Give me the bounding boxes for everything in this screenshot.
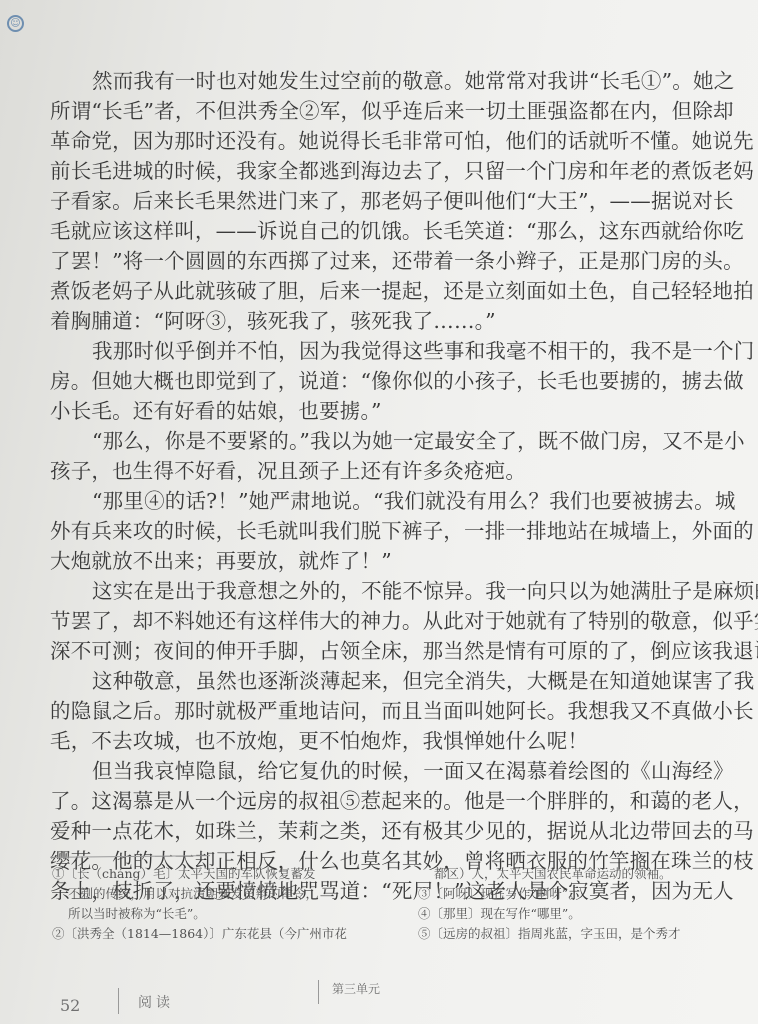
text-line: 着胸脯道：“阿呀③，骇死我了，骇死我了……。” <box>50 306 758 336</box>
text-line: 孩子，也生得不好看，况且颈子上还有许多灸疮疤。 <box>50 456 758 486</box>
text-line: “那里④的话?！”她严肃地说。“我们就没有用么？我们也要被掳去。城 <box>50 486 758 516</box>
page-number: 52 <box>60 996 80 1015</box>
footnote-line: ④〔那里〕现在写作“哪里”。 <box>418 904 681 924</box>
text-line: 节罢了，却不料她还有这样伟大的神力。从此对于她就有了特别的敬意，似乎实在 <box>50 606 758 636</box>
text-line: 革命党，因为那时还没有。她说得长毛非常可怕，他们的话就听不懂。她说先 <box>50 126 758 156</box>
text-line: 了。这渴慕是从一个远房的叔祖⑤惹起来的。他是一个胖胖的，和蔼的老人， <box>50 786 758 816</box>
text-line: 的隐鼠之后。那时就极严重地诘问，而且当面叫她阿长。我想我又不真做小长 <box>50 696 758 726</box>
footnote-line: ③〔阿呀〕现在写作“啊呀”。 <box>418 884 681 904</box>
text-line: 了罢！”将一个圆圆的东西掷了过来，还带着一条小辫子，正是那门房的头。 <box>50 246 758 276</box>
footer-separator <box>118 988 119 1014</box>
text-line: 爱种一点花木，如珠兰，茉莉之类，还有极其少见的，据说从北边带回去的马 <box>50 816 758 846</box>
text-line: 小长毛。还有好看的姑娘，也要掳。” <box>50 396 758 426</box>
text-line: 子看家。后来长毛果然进门来了，那老妈子便叫他们“大王”，——据说对长 <box>50 186 758 216</box>
text-line: 深不可测；夜间的伸开手脚，占领全床，那当然是情有可原的了，倒应该我退让。 <box>50 636 758 666</box>
smiley-face-icon: ☺ <box>7 15 24 32</box>
footnote-line: ①〔长（cháng）毛〕太平天国的军队恢复蓄发 <box>52 864 347 884</box>
footnotes-left-column: ①〔长（cháng）毛〕太平天国的军队恢复蓄发不剃的传统，用以对抗清朝剃发留辫的… <box>52 864 347 944</box>
text-line: 所谓“长毛”者，不但洪秀全②军，似乎连后来一切土匪强盗都在内，但除却 <box>50 96 758 126</box>
text-line: 前长毛进城的时候，我家全都逃到海边去了，只留一个门房和年老的煮饭老妈 <box>50 156 758 186</box>
section-label: 阅读 <box>138 992 174 1012</box>
text-line: 然而我有一时也对她发生过空前的敬意。她常常对我讲“长毛①”。她之 <box>50 66 758 96</box>
footnotes-right-column: 都区）人，太平天国农民革命运动的领袖。③〔阿呀〕现在写作“啊呀”。④〔那里〕现在… <box>418 864 681 944</box>
text-line: 大炮就放不出来；再要放，就炸了！” <box>50 546 758 576</box>
footer-separator-unit <box>318 980 319 1004</box>
text-line: 毛，不去攻城，也不放炮，更不怕炮炸，我惧惮她什么呢！ <box>50 726 758 756</box>
footnote-line: ②〔洪秀全（1814—1864）〕广东花县（今广州市花 <box>52 924 347 944</box>
text-line: 这种敬意，虽然也逐渐淡薄起来，但完全消失，大概是在知道她谋害了我 <box>50 666 758 696</box>
article-body: 然而我有一时也对她发生过空前的敬意。她常常对我讲“长毛①”。她之所谓“长毛”者，… <box>50 66 758 906</box>
text-line: 毛就应该这样叫，——诉说自己的饥饿。长毛笑道：“那么，这东西就给你吃 <box>50 216 758 246</box>
footnote-line: 所以当时被称为“长毛”。 <box>52 904 347 924</box>
footnote-line: 都区）人，太平天国农民革命运动的领袖。 <box>418 864 681 884</box>
text-line: 我那时似乎倒并不怕，因为我觉得这些事和我毫不相干的，我不是一个门 <box>50 336 758 366</box>
footnote-line: ⑤〔远房的叔祖〕指周兆蓝，字玉田，是个秀才 <box>418 924 681 944</box>
unit-label: 第三单元 <box>332 980 380 997</box>
text-line: 外有兵来攻的时候，长毛就叫我们脱下裤子，一排一排地站在城墙上，外面的 <box>50 516 758 546</box>
text-line: 煮饭老妈子从此就骇破了胆，后来一提起，还是立刻面如土色，自己轻轻地拍 <box>50 276 758 306</box>
text-line: 这实在是出于我意想之外的，不能不惊异。我一向只以为她满肚子是麻烦的礼 <box>50 576 758 606</box>
text-line: 但当我哀悼隐鼠，给它复仇的时候，一面又在渴慕着绘图的《山海经》 <box>50 756 758 786</box>
footnote-line: 不剃的传统，用以对抗清朝剃发留辫的律令， <box>52 884 347 904</box>
text-line: 房。但她大概也即觉到了，说道：“像你似的小孩子，长毛也要掳的，掳去做 <box>50 366 758 396</box>
text-line: “那么，你是不要紧的。”我以为她一定最安全了，既不做门房，又不是小 <box>50 426 758 456</box>
